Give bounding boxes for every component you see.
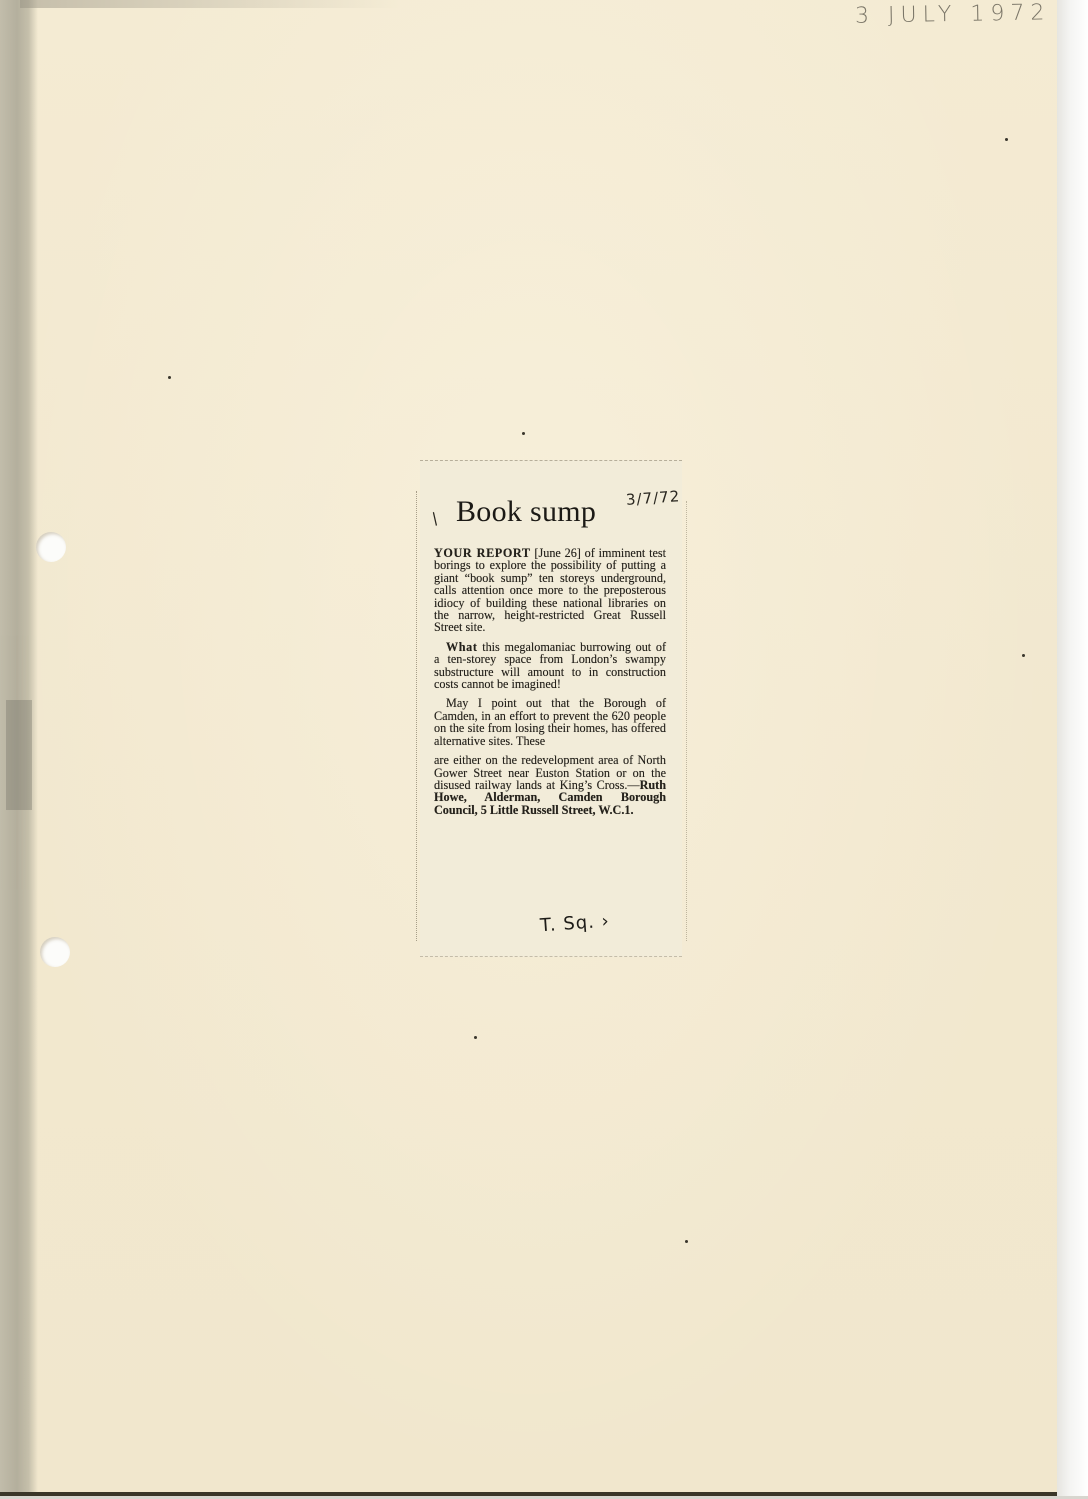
paragraph-4: are either on the redevelopment area of … bbox=[434, 754, 666, 816]
punch-hole-bottom bbox=[40, 937, 70, 967]
newspaper-clipping: / Book sump 3/7/72 YOUR REPORT [June 26]… bbox=[420, 460, 682, 957]
clipping-title: Book sump bbox=[456, 495, 596, 529]
paragraph-text: May I point out that the Borough of Camd… bbox=[434, 696, 666, 747]
speck bbox=[685, 1240, 688, 1243]
pencil-tick-mark: / bbox=[428, 509, 442, 528]
binding-shadow bbox=[0, 0, 38, 1494]
speck bbox=[1005, 138, 1008, 141]
clipping-header: / Book sump 3/7/72 bbox=[430, 495, 690, 539]
speck bbox=[522, 432, 525, 435]
handwritten-date: 3 JULY 1972 bbox=[855, 0, 1051, 28]
clipping-cut-edge-right bbox=[686, 501, 688, 941]
speck bbox=[474, 1036, 477, 1039]
clipping-body: YOUR REPORT [June 26] of imminent test b… bbox=[434, 547, 666, 823]
clipping-handwritten-annotation: T. Sq. › bbox=[539, 911, 610, 937]
speck bbox=[1022, 654, 1025, 657]
paragraph-text: are either on the redevelopment area of … bbox=[434, 753, 666, 792]
top-edge-smudge bbox=[20, 0, 400, 8]
clipping-cut-edge-left bbox=[416, 491, 418, 941]
punch-hole-top bbox=[36, 532, 66, 562]
clipping-handwritten-date: 3/7/72 bbox=[625, 487, 680, 509]
paragraph-1: YOUR REPORT [June 26] of imminent test b… bbox=[434, 547, 666, 634]
scanned-page: 3 JULY 1972 / Book sump 3/7/72 YOUR REPO… bbox=[0, 0, 1057, 1494]
scanner-background-strip bbox=[1057, 0, 1088, 1499]
paragraph-2: What this megalomaniac burrowing out of … bbox=[434, 641, 666, 691]
paragraph-text: [June 26] of imminent test borings to ex… bbox=[434, 546, 666, 634]
speck bbox=[168, 376, 171, 379]
paragraph-3: May I point out that the Borough of Camd… bbox=[434, 697, 666, 747]
